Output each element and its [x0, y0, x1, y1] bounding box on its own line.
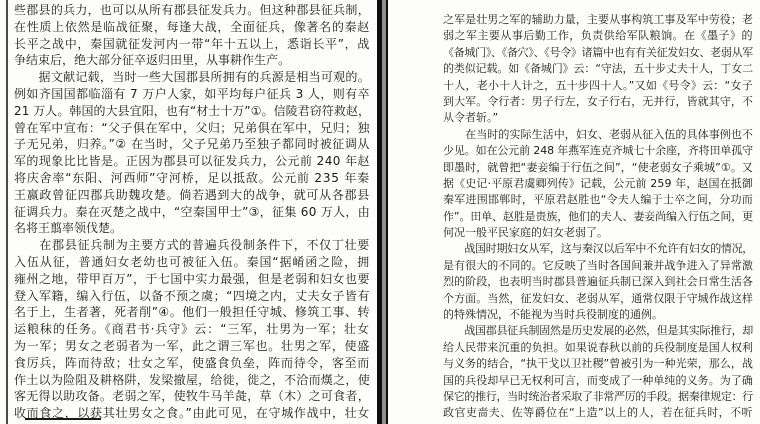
text-line: 从令者斩。” — [443, 110, 753, 126]
text-line: 作土以为险阻及耕格阱，发梁撤屋，给徙，徙之，不洽而熯之，使 — [14, 372, 370, 389]
text-line: 据文献记载，当时一些大国郡县所拥有的兵源是相当可观的。 — [14, 69, 370, 86]
text-line: 例如齐国国都临淄有 7 万户人家，如平均每户征兵 3 人，则有卒 — [14, 86, 370, 103]
text-line: 长平之战中，秦国就征发河内一带“年十五以上，悉诣长平”，战 — [14, 36, 370, 53]
text-line: 曾在军中宣布：“父子俱在军中，父归；兄弟俱在军中，兄归；独 — [14, 120, 370, 137]
text-line: 些郡县的兵力，也可以从所有郡县征发兵力。但这种郡县征兵制， — [14, 2, 370, 19]
text-line: 战国时期妇女从军，这与秦汉以后军中不允许有妇女的情况， — [443, 241, 753, 257]
text-line: 是有很大的不同的。它反映了当时各国间兼并战争进入了异常激 — [443, 258, 753, 274]
text-line: 到大军。令行者：男子行左，女子行右，无并行，皆就其守，不 — [443, 94, 753, 110]
text-line: 的类似记载。如《备城门》云：“守法，五十步丈夫十人，丁女二 — [443, 61, 753, 77]
text-line: 入伍从征，普通妇女老幼也可被征入伍。秦国“据崤函之险，拥 — [14, 254, 370, 271]
text-line: 在当时的实际生活中，妇女、老弱从征入伍的具体事例也不 — [443, 127, 753, 143]
text-line: 军的现象比比皆是。正因为郡县可以征发兵力，公元前 240 年赵 — [14, 153, 370, 170]
text-line: 在性质上依然是临战征聚，每逢大战，全面征兵，像著名的秦赵 — [14, 19, 370, 36]
left-page: 些郡县的兵力，也可以从所有郡县征发兵力。但这种郡县征兵制，在性质上依然是临战征聚… — [14, 2, 370, 422]
book-scan: 些郡县的兵力，也可以从所有郡县征发兵力。但这种郡县征兵制，在性质上依然是临战征聚… — [0, 0, 760, 424]
text-line: 食厉兵，阵而待敌；壮女之军，使盛食负垒，阵而待令，客至而 — [14, 355, 370, 372]
page-edge-line — [6, 0, 8, 424]
text-line: 少见。如在公元前 248 年燕军连克齐城七十余座，齐将田单孤守 — [443, 143, 753, 159]
text-line: 即墨时，就曾把“妻妾编于行伍之间”，“使老弱女子乘城”①。又 — [443, 160, 753, 176]
text-line: 争结束后，绝大部分征卒返归田里，从事耕作生产。 — [14, 52, 370, 69]
text-line: 十人，老小十人计之，五十步四十人。”又如《号令》云：“女子 — [443, 78, 753, 94]
text-line: 客无得以助攻备。老弱之军，使牧牛马羊彘，草（木）之可食者， — [14, 388, 370, 405]
footnote-rule — [25, 418, 101, 420]
text-line: 雍州之地，带甲百万”，于七国中实力最强，但是老弱和妇女也要 — [14, 271, 370, 288]
text-line: 烈的阶段，也表明当时郡县普遍征兵制已深入到社会日常生活各 — [443, 274, 753, 290]
gutter-bar — [386, 0, 388, 424]
text-line: 作”。田单、赵胜是贵族，他们的夫人、妻妾尚编入行伍之间，更 — [443, 209, 753, 225]
text-line: 之军是壮男之军的辅助力量，主要从事构筑工事及军中劳役；老 — [443, 12, 753, 28]
text-line: 国的兵役却早已无权利可言，而变成了一种单纯的义务。为了确 — [443, 373, 753, 389]
text-line: 《备城门》、《备穴》、《号令》诸篇中也有有关征发妇女、老弱从军 — [443, 45, 753, 61]
text-line: 在郡县征兵制为主要方式的普遍兵役制条件下，不仅丁壮要 — [14, 237, 370, 254]
text-line: 将庆舍率“东阳、河西师”守河桥，足以抵敌。公元前 235 年秦 — [14, 170, 370, 187]
text-line: 保它的推行，当时统治者采取了非常严厉的手段。据秦律规定：行 — [443, 389, 753, 405]
text-line: 个方面。当然，征发妇女、老弱从军，通常仅限于守城作战这样 — [443, 291, 753, 307]
text-line: 战国郡县征兵制固然是历史发展的必然，但是其实际推行，却 — [443, 323, 753, 339]
text-line: 弱之军主要从事后勤工作，负责供给军队粮饷。在《墨子》的 — [443, 28, 753, 44]
text-line: 子无兄弟，归养。”② 在当时，父子兄弟乃至独子都同时被征调从 — [14, 136, 370, 153]
text-line: 名于上，生者著，死者削”④。他们一般担任守城、修筑工事、转 — [14, 304, 370, 321]
text-line: 秦军进围邯郸时，平原君赵胜也“令夫人编于士卒之间，分功而 — [443, 192, 753, 208]
text-line: 政官吏啬夫、佐等爵位在“上造”以上的人，若在征兵时，不听 — [443, 405, 753, 421]
right-page: 之军是壮男之军的辅助力量，主要从事构筑工事及军中劳役；老弱之军主要从事后勤工作，… — [443, 12, 753, 422]
text-line: 王嬴政曾征四郡兵助魏攻楚。倘若遇到大的战争，就可从各郡县 — [14, 187, 370, 204]
text-line: 的特殊情况，不能视为当时兵役制度的通例。 — [443, 307, 753, 323]
text-line: 给人民带来沉重的负担。如果说春秋以前的兵役制度是国人权利 — [443, 340, 753, 356]
text-line: 征调兵力。秦在灭楚之战中，“空秦国甲士”③，征集 60 万人，由 — [14, 204, 370, 221]
text-line: 与义务的结合，“执干戈以卫社稷”曾被引为一种光荣，那么，战 — [443, 356, 753, 372]
text-line: 21 万人。韩国的大县宜阳，也有“材士十万”①。信陵君窃符救赵， — [14, 103, 370, 120]
text-line: 为一军；男女之老弱者为一军，此之谓三军也。壮男之军，使盛 — [14, 338, 370, 355]
text-line: 何况一般平民家庭的妇女老弱了。 — [443, 225, 753, 241]
text-line: 名将王翦率领伐楚。 — [14, 220, 370, 237]
text-line: 运粮秣的任务。《商君书·兵守》云：“三军，壮男为一军；壮女 — [14, 321, 370, 338]
text-line: 据《史记·平原君虞卿列传》记载，公元前 259 年，赵国在抵御 — [443, 176, 753, 192]
text-line: 登入军籍，编入行伍，以备不预之虞；“四境之内，丈夫女子皆有 — [14, 288, 370, 305]
